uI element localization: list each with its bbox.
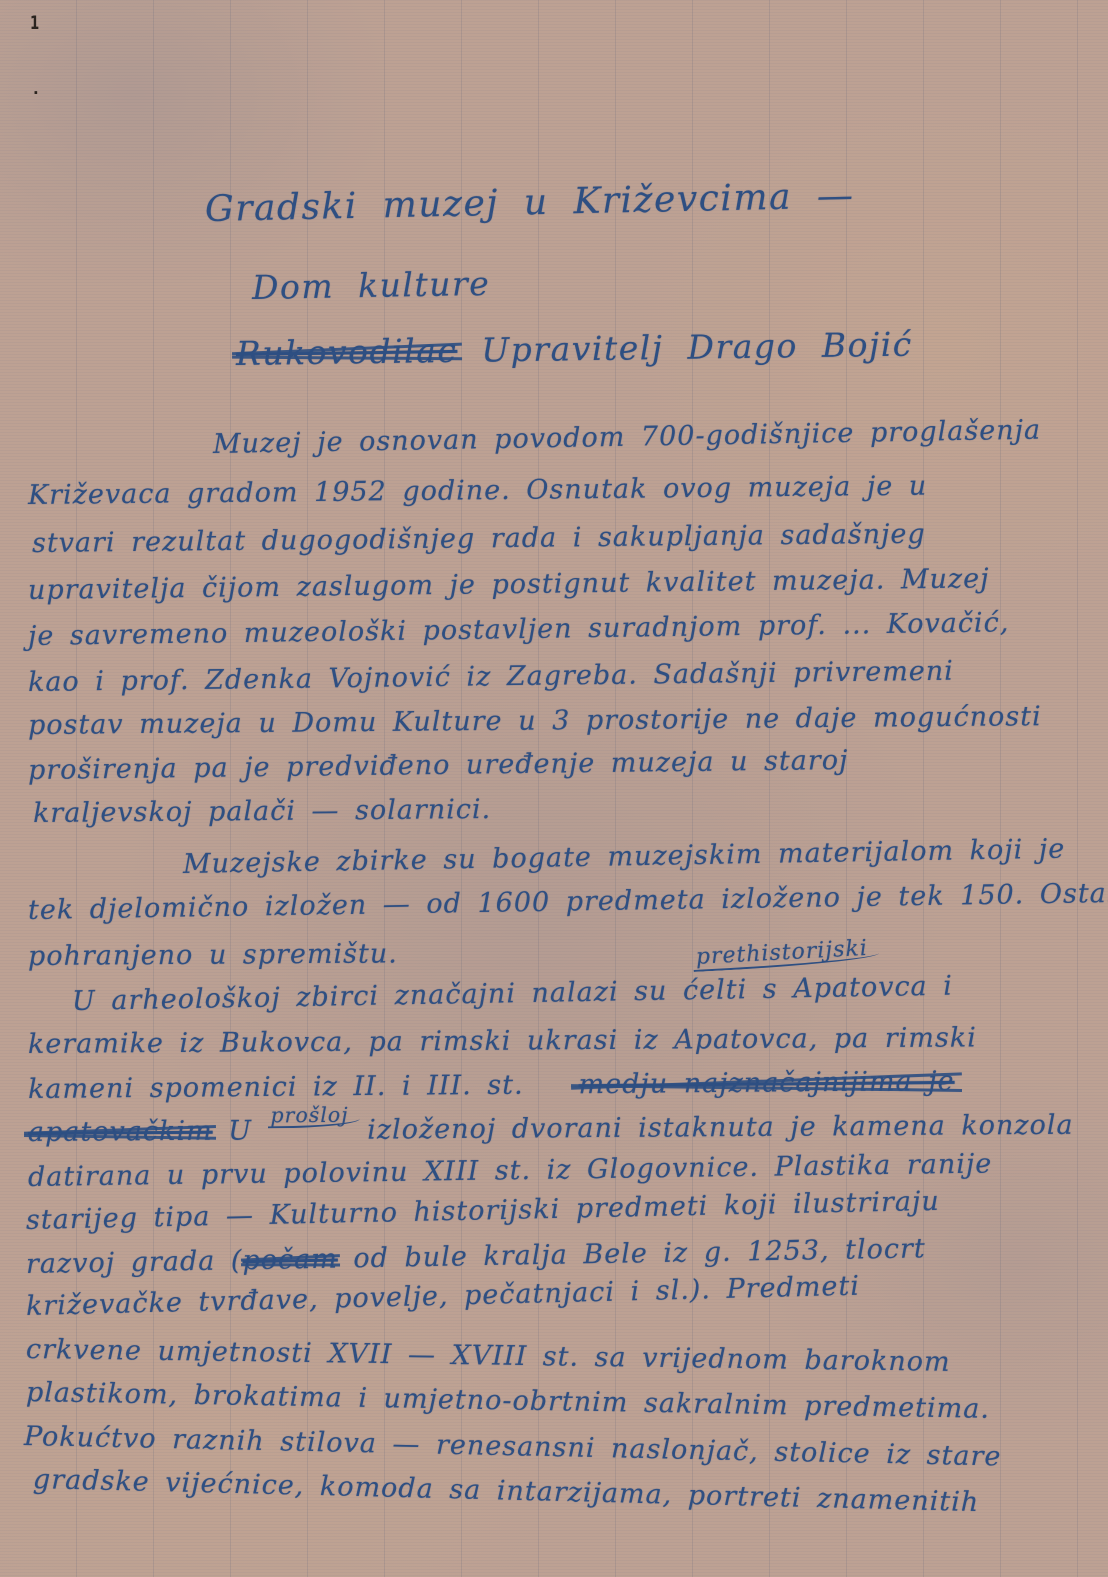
text-run: gradske vijećnice, komoda sa intarzijama… bbox=[33, 1464, 980, 1518]
handwritten-line: kraljevskoj palači — solarnici. bbox=[33, 795, 491, 829]
inserted-word-line: prethistorijski bbox=[692, 937, 871, 972]
text-run: križevačke tvrđave, povelje, pečatnjaci … bbox=[26, 1271, 861, 1322]
handwritten-line: U arheološkoj zbirci značajni nalazi su … bbox=[72, 972, 953, 1017]
handwritten-line: proširenja pa je predviđeno uređenje muz… bbox=[28, 746, 849, 786]
handwritten-line: je savremeno muzeološki postavljen surad… bbox=[28, 608, 1010, 651]
text-run: je savremeno muzeološki postavljen surad… bbox=[28, 607, 1010, 652]
text-run: Muzej je osnovan povodom 700-godišnjice … bbox=[213, 415, 1042, 460]
handwritten-line: datirana u prvu polovinu XIII st. iz Glo… bbox=[28, 1150, 993, 1193]
handwritten-line: tek djelomično izložen — od 1600 predmet… bbox=[28, 878, 1108, 926]
handwritten-line: križevačke tvrđave, povelje, pečatnjaci … bbox=[26, 1272, 861, 1322]
text-run: razvoj grada ( bbox=[26, 1245, 243, 1280]
text-run: od bule kralja Bele iz g. 1253, tlocrt bbox=[338, 1233, 926, 1274]
struck-text: apatovačkim bbox=[28, 1116, 213, 1148]
document-page: 1 . Gradski muzej u Križevcima —Dom kult… bbox=[0, 0, 1108, 1577]
text-run: upravitelja čijom zaslugom je postignut … bbox=[28, 563, 990, 606]
ink-speck-mark: . bbox=[33, 80, 39, 98]
handwritten-line: kao i prof. Zdenka Vojnović iz Zagreba. … bbox=[28, 657, 954, 698]
handwritten-line: apatovačkim U prošloj izloženoj dvorani … bbox=[28, 1111, 1074, 1148]
subtitle-line: Dom kulture bbox=[252, 266, 491, 306]
handwritten-line: plastikom, brokatima i umjetno-obrtnim s… bbox=[26, 1378, 990, 1425]
text-run: izloženoj dvorani istaknuta je kamena ko… bbox=[352, 1110, 1074, 1146]
title-line: Gradski muzej u Križevcima — bbox=[205, 176, 855, 229]
handwritten-line: keramike iz Bukovca, pa rimski ukrasi iz… bbox=[28, 1023, 977, 1059]
handwriting-layer: Gradski muzej u Križevcima —Dom kultureR… bbox=[0, 0, 1108, 26]
struck-text: medju najznačajnijima je bbox=[578, 1066, 954, 1100]
handwritten-line: upravitelja čijom zaslugom je postignut … bbox=[28, 564, 990, 605]
text-run: kameni spomenici iz II. i III. st. bbox=[28, 1070, 524, 1105]
handwritten-line: crkvene umjetnosti XVII — XVIII st. sa v… bbox=[26, 1335, 951, 1378]
handwritten-line: kameni spomenici iz II. i III. st.medju … bbox=[28, 1067, 955, 1105]
handwritten-line: Muzejske zbirke su bogate muzejskim mate… bbox=[183, 835, 1066, 880]
handwritten-line: starijeg tipa — Kulturno historijski pre… bbox=[26, 1187, 940, 1236]
struck-text: počam bbox=[242, 1244, 338, 1277]
director-line: Rukovodilac Upravitelj Drago Bojić bbox=[236, 327, 913, 373]
text-run: Križevaca gradom 1952 godine. Osnutak ov… bbox=[28, 471, 928, 511]
text-run: plastikom, brokatima i umjetno-obrtnim s… bbox=[26, 1377, 990, 1425]
text-run: stvari rezultat dugogodišnjeg rada i sak… bbox=[32, 519, 926, 559]
text-run: crkvene umjetnosti XVII — XVIII st. sa v… bbox=[26, 1334, 951, 1378]
handwritten-line: postav muzeja u Domu Kulture u 3 prostor… bbox=[28, 702, 1042, 741]
text-run: tek djelomično izložen — od 1600 predmet… bbox=[28, 877, 1108, 926]
text-run: kao i prof. Zdenka Vojnović iz Zagreba. … bbox=[28, 656, 954, 698]
text-run: starijeg tipa — Kulturno historijski pre… bbox=[26, 1186, 940, 1236]
text-run: Pokućtvo raznih stilova — renesansni nas… bbox=[24, 1421, 1002, 1472]
handwritten-line: stvari rezultat dugogodišnjeg rada i sak… bbox=[32, 520, 926, 559]
page-number-mark: 1 bbox=[30, 12, 39, 34]
text-run: proširenja pa je predviđeno uređenje muz… bbox=[28, 745, 849, 786]
struck-text: Rukovodilac bbox=[236, 331, 458, 373]
handwritten-line: Pokućtvo raznih stilova — renesansni nas… bbox=[24, 1422, 1002, 1472]
text-run: prethistorijski bbox=[695, 936, 868, 970]
text-run: Gradski muzej u Križevcima — bbox=[205, 175, 855, 230]
text-run: keramike iz Bukovca, pa rimski ukrasi iz… bbox=[28, 1022, 977, 1060]
text-run: Upravitelj Drago Bojić bbox=[457, 325, 913, 370]
handwritten-line: Muzej je osnovan povodom 700-godišnjice … bbox=[213, 416, 1042, 460]
text-run: U arheološkoj zbirci značajni nalazi su … bbox=[72, 971, 953, 1017]
text-run: pohranjeno u spremištu. bbox=[28, 938, 398, 972]
text-run: datirana u prvu polovinu XIII st. iz Glo… bbox=[28, 1149, 993, 1193]
text-run: postav muzeja u Domu Kulture u 3 prostor… bbox=[28, 701, 1042, 741]
handwritten-line: Križevaca gradom 1952 godine. Osnutak ov… bbox=[28, 472, 927, 511]
text-run: kraljevskoj palači — solarnici. bbox=[33, 794, 491, 829]
handwritten-line: gradske vijećnice, komoda sa intarzijama… bbox=[33, 1465, 980, 1518]
text-run: U bbox=[213, 1115, 268, 1146]
inserted-word: prošloj bbox=[267, 1103, 351, 1128]
text-run: Dom kulture bbox=[252, 264, 491, 307]
text-run: Muzejske zbirke su bogate muzejskim mate… bbox=[183, 834, 1066, 880]
handwritten-line: pohranjeno u spremištu. bbox=[28, 939, 398, 971]
